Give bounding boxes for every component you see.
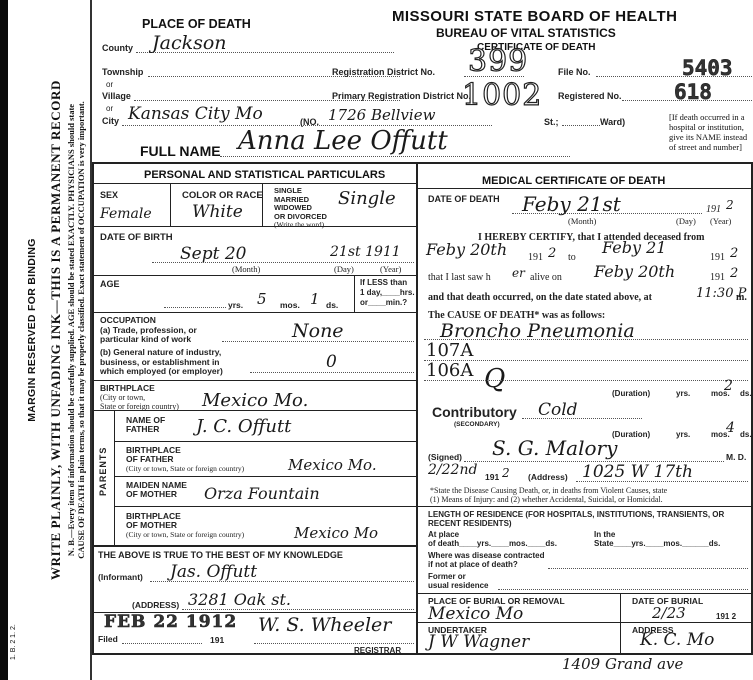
age-years-label: yrs. <box>228 300 243 310</box>
filed-label: Filed <box>98 634 118 644</box>
contributory-value[interactable]: Cold <box>538 400 578 420</box>
occupation-a-value[interactable]: None <box>292 320 344 342</box>
cause-line <box>424 380 748 381</box>
personal-title: PERSONAL AND STATISTICAL PARTICULARS <box>144 169 385 181</box>
contributory-label: Contributory <box>432 404 517 420</box>
last-saw-date[interactable]: Feby 20th <box>594 262 675 281</box>
true-statement: THE ABOVE IS TRUE TO THE BEST OF MY KNOW… <box>98 550 343 560</box>
age-years-line[interactable] <box>164 307 226 308</box>
father-birthplace-label: BIRTHPLACE OF FATHER (City or town, Stat… <box>126 446 244 473</box>
mother-birthplace-value[interactable]: Mexico Mo <box>294 524 378 542</box>
divider <box>114 410 115 547</box>
father-name-value[interactable]: J. C. Offutt <box>196 416 291 437</box>
full-name-line <box>220 156 570 157</box>
dob-year-label: (Year) <box>380 264 401 274</box>
divider <box>114 476 418 477</box>
primary-registration-label: Primary Registration District No. <box>332 91 471 101</box>
md-label: M. D. <box>726 452 746 462</box>
filed-stamp: FEB 22 1912 <box>104 612 237 632</box>
divider <box>92 312 418 313</box>
secondary-label: (SECONDARY) <box>454 421 500 428</box>
dob-day-label: (Day) <box>334 264 354 274</box>
dob-label: DATE OF BIRTH <box>100 232 173 243</box>
age-days-label: ds. <box>326 300 338 310</box>
last-saw-label: that I last saw h <box>428 272 491 283</box>
death-certificate: PLACE OF DEATH MISSOURI STATE BOARD OF H… <box>92 0 753 680</box>
place-of-death-title: PLACE OF DEATH <box>142 17 251 31</box>
mother-name-label: MAIDEN NAME OF MOTHER <box>126 481 187 499</box>
father-birthplace-value[interactable]: Mexico Mo. <box>288 456 377 474</box>
to-label: to <box>568 252 576 263</box>
former-residence-label: Former or usual residence <box>428 572 488 590</box>
cause-code-1[interactable]: 107A <box>426 340 473 361</box>
divider <box>354 275 355 312</box>
duration-label: (Duration) <box>612 389 650 398</box>
street-label: St.; <box>544 117 559 127</box>
binding-margin: 1. B. 2 1. 2. MARGIN RESERVED FOR BINDIN… <box>8 0 90 680</box>
signed-date-value[interactable]: 2/22nd <box>428 462 477 478</box>
occupation-b-line <box>250 372 414 373</box>
physician-address-label: (Address) <box>528 472 568 482</box>
birthplace-value[interactable]: Mexico Mo. <box>202 390 308 411</box>
attended-from-value[interactable]: Feby 20th <box>426 240 507 259</box>
registrar-line <box>254 643 414 644</box>
divider <box>418 506 753 507</box>
signed-label: (Signed) <box>428 452 462 462</box>
registrar-label: REGISTRAR <box>354 646 401 655</box>
divider <box>114 506 418 507</box>
occupation-b-label: (b) General nature of industry, business… <box>100 348 223 377</box>
street-value[interactable]: 1726 Bellview <box>328 106 435 124</box>
signed-year-prefix: 191 <box>485 472 499 482</box>
disease-contracted-label: Where was disease contracted if not at p… <box>428 551 545 569</box>
scan-edge <box>0 0 8 680</box>
dob-month-value[interactable]: Sept 20 <box>180 244 246 264</box>
residence-title: LENGTH OF RESIDENCE (FOR HOSPITALS, INST… <box>428 510 724 528</box>
birthplace-label: BIRTHPLACE (City or town, State or forei… <box>100 384 179 411</box>
township-label: Township <box>102 67 143 77</box>
age-days-value[interactable]: 1 <box>310 290 320 308</box>
county-label: County <box>102 43 133 53</box>
attended-to-year-prefix: 191 <box>710 252 725 263</box>
informant-address-value[interactable]: 3281 Oak st. <box>188 590 291 609</box>
county-value[interactable]: Jackson <box>152 32 227 54</box>
ward-line[interactable] <box>562 125 600 126</box>
informant-label: (Informant) <box>98 572 143 582</box>
mother-name-value[interactable]: Orza Fountain <box>204 484 320 503</box>
cause-code-mark: Q <box>484 364 505 394</box>
file-no-value[interactable]: 5403 <box>682 56 733 80</box>
or-text: or <box>106 104 113 113</box>
time-suffix: m. <box>736 292 747 303</box>
or-text: or <box>106 80 113 89</box>
occurred-text: and that death occurred, on the date sta… <box>428 292 652 303</box>
occupation-b-value[interactable]: 0 <box>326 352 337 372</box>
village-label: Village <box>102 91 131 101</box>
physician-signature[interactable]: S. G. Malory <box>492 436 617 460</box>
dod-year-value[interactable]: 2 <box>726 198 734 212</box>
divider <box>92 226 418 227</box>
former-residence-line[interactable] <box>498 589 748 590</box>
primary-registration-value[interactable]: 1002 <box>462 78 542 113</box>
contributory-yrs-label: yrs. <box>676 430 690 439</box>
attended-to-year[interactable]: 2 <box>730 246 738 261</box>
divider <box>92 183 418 184</box>
duration-yrs-label: yrs. <box>676 389 690 398</box>
dod-year-prefix: 191 <box>706 204 721 215</box>
less-than-day: If LESS than 1 day,____hrs. or____min.? <box>360 278 415 308</box>
disease-contracted-line[interactable] <box>548 568 748 569</box>
filed-year-label: 191 <box>210 635 224 645</box>
parents-label: PARENTS <box>98 447 108 496</box>
age-months-value[interactable]: 5 <box>257 290 267 308</box>
duration-days-value[interactable]: 2 <box>724 378 733 394</box>
race-value[interactable]: White <box>192 202 243 222</box>
divider <box>170 183 171 226</box>
age-label: AGE <box>100 279 120 289</box>
informant-address-label: (ADDRESS) <box>132 600 179 610</box>
board-title: MISSOURI STATE BOARD OF HEALTH <box>392 8 677 25</box>
city-label: City <box>102 116 119 126</box>
undertaker-address-value[interactable]: K. C. Mo <box>640 630 714 650</box>
divider <box>92 380 418 381</box>
divider <box>418 188 753 189</box>
alive-on-label: alive on <box>530 272 562 283</box>
divider <box>92 410 418 411</box>
registered-no-value[interactable]: 618 <box>674 80 712 104</box>
dod-month-label: (Month) <box>568 216 596 226</box>
burial-date-value[interactable]: 2/23 <box>652 604 686 622</box>
dod-year-label: (Year) <box>710 216 731 226</box>
divider <box>620 593 621 655</box>
marital-value[interactable]: Single <box>338 188 396 209</box>
dob-month-label: (Month) <box>232 264 260 274</box>
form-id: 1. B. 2 1. 2. <box>10 624 17 660</box>
cause-code-2[interactable]: 106A <box>426 360 473 381</box>
sex-label: SEX <box>100 190 118 200</box>
file-no-label: File No. <box>558 67 591 77</box>
registration-district-value[interactable]: 399 <box>468 44 528 79</box>
undertaker-street-value[interactable]: 1409 Grand ave <box>562 655 683 673</box>
marital-options: SINGLE MARRIED WIDOWED OR DIVORCED (Writ… <box>274 187 327 230</box>
contributory-days-value[interactable]: 4 <box>726 420 735 436</box>
contributory-duration-label: (Duration) <box>612 430 650 439</box>
race-label: COLOR OR RACE <box>182 190 263 201</box>
signed-year-value[interactable]: 2 <box>502 466 510 480</box>
registrar-signature[interactable]: W. S. Wheeler <box>258 614 391 636</box>
registration-district-label: Registration District No. <box>332 67 435 77</box>
divider <box>262 183 263 226</box>
attended-from-year-prefix: 191 <box>528 252 543 263</box>
mother-birthplace-label: BIRTHPLACE OF MOTHER (City or town, Stat… <box>126 512 244 539</box>
attended-to-value[interactable]: Feby 21 <box>602 238 666 257</box>
age-months-label: mos. <box>280 300 300 310</box>
last-saw-year[interactable]: 2 <box>730 266 738 281</box>
divider <box>114 441 418 442</box>
write-plainly-notice: WRITE PLAINLY, WITH UNFADING INK—THIS IS… <box>48 0 64 660</box>
ward-label: Ward) <box>600 117 625 127</box>
undertaker-value[interactable]: J W Wagner <box>428 632 529 652</box>
filed-line <box>122 643 202 644</box>
dob-day-year-value[interactable]: 21st 1911 <box>330 244 401 260</box>
contributory-days-label: ds. <box>740 430 752 439</box>
divider <box>418 593 753 594</box>
burial-place-value[interactable]: Mexico Mo <box>428 604 523 624</box>
nb-note-line-1: N. B.—Every item of information should b… <box>66 0 76 660</box>
binding-notice: MARGIN RESERVED FOR BINDING <box>26 0 38 660</box>
residence-in-state[interactable]: In the State____yrs.____mos.______ds. <box>594 530 720 548</box>
informant-value[interactable]: Jas. Offutt <box>170 562 257 582</box>
certify-text: I HEREBY CERTIFY, that I attended deceas… <box>478 232 705 243</box>
duration-days-label: ds. <box>740 389 752 398</box>
sex-value[interactable]: Female <box>100 206 152 222</box>
date-of-death-label: DATE OF DEATH <box>428 194 500 204</box>
medical-title: MEDICAL CERTIFICATE OF DEATH <box>482 175 665 187</box>
occupation-a-label: OCCUPATION (a) Trade, profession, or par… <box>100 316 197 345</box>
dod-line <box>512 213 702 214</box>
hospital-note: [If death occurred in a hospital or inst… <box>669 112 753 152</box>
dod-day-label: (Day) <box>676 216 696 226</box>
cause-footnote: *State the Disease Causing Death, or, in… <box>430 486 667 504</box>
registered-no-label: Registered No. <box>558 91 622 101</box>
last-saw-pronoun[interactable]: er <box>512 266 525 280</box>
attended-from-year[interactable]: 2 <box>548 246 556 261</box>
nb-note-line-2: CAUSE OF DEATH in plain terms, so that i… <box>76 0 86 660</box>
city-value[interactable]: Kansas City Mo <box>128 104 263 124</box>
burial-year-value[interactable]: 191 2 <box>716 612 736 621</box>
divider <box>92 545 418 547</box>
full-name-label: FULL NAME <box>140 143 221 159</box>
bureau-title: BUREAU OF VITAL STATISTICS <box>436 26 616 40</box>
father-name-label: NAME OF FATHER <box>126 416 165 434</box>
dob-line <box>152 262 414 263</box>
full-name-value[interactable]: Anna Lee Offutt <box>238 126 448 156</box>
divider <box>418 622 753 623</box>
residence-at-place[interactable]: At place of death____yrs.____mos.____ds. <box>428 530 557 548</box>
physician-address-value[interactable]: 1025 W 17th <box>582 462 693 482</box>
last-saw-year-prefix: 191 <box>710 272 725 283</box>
informant-address-line <box>182 609 414 610</box>
divider <box>92 275 418 276</box>
